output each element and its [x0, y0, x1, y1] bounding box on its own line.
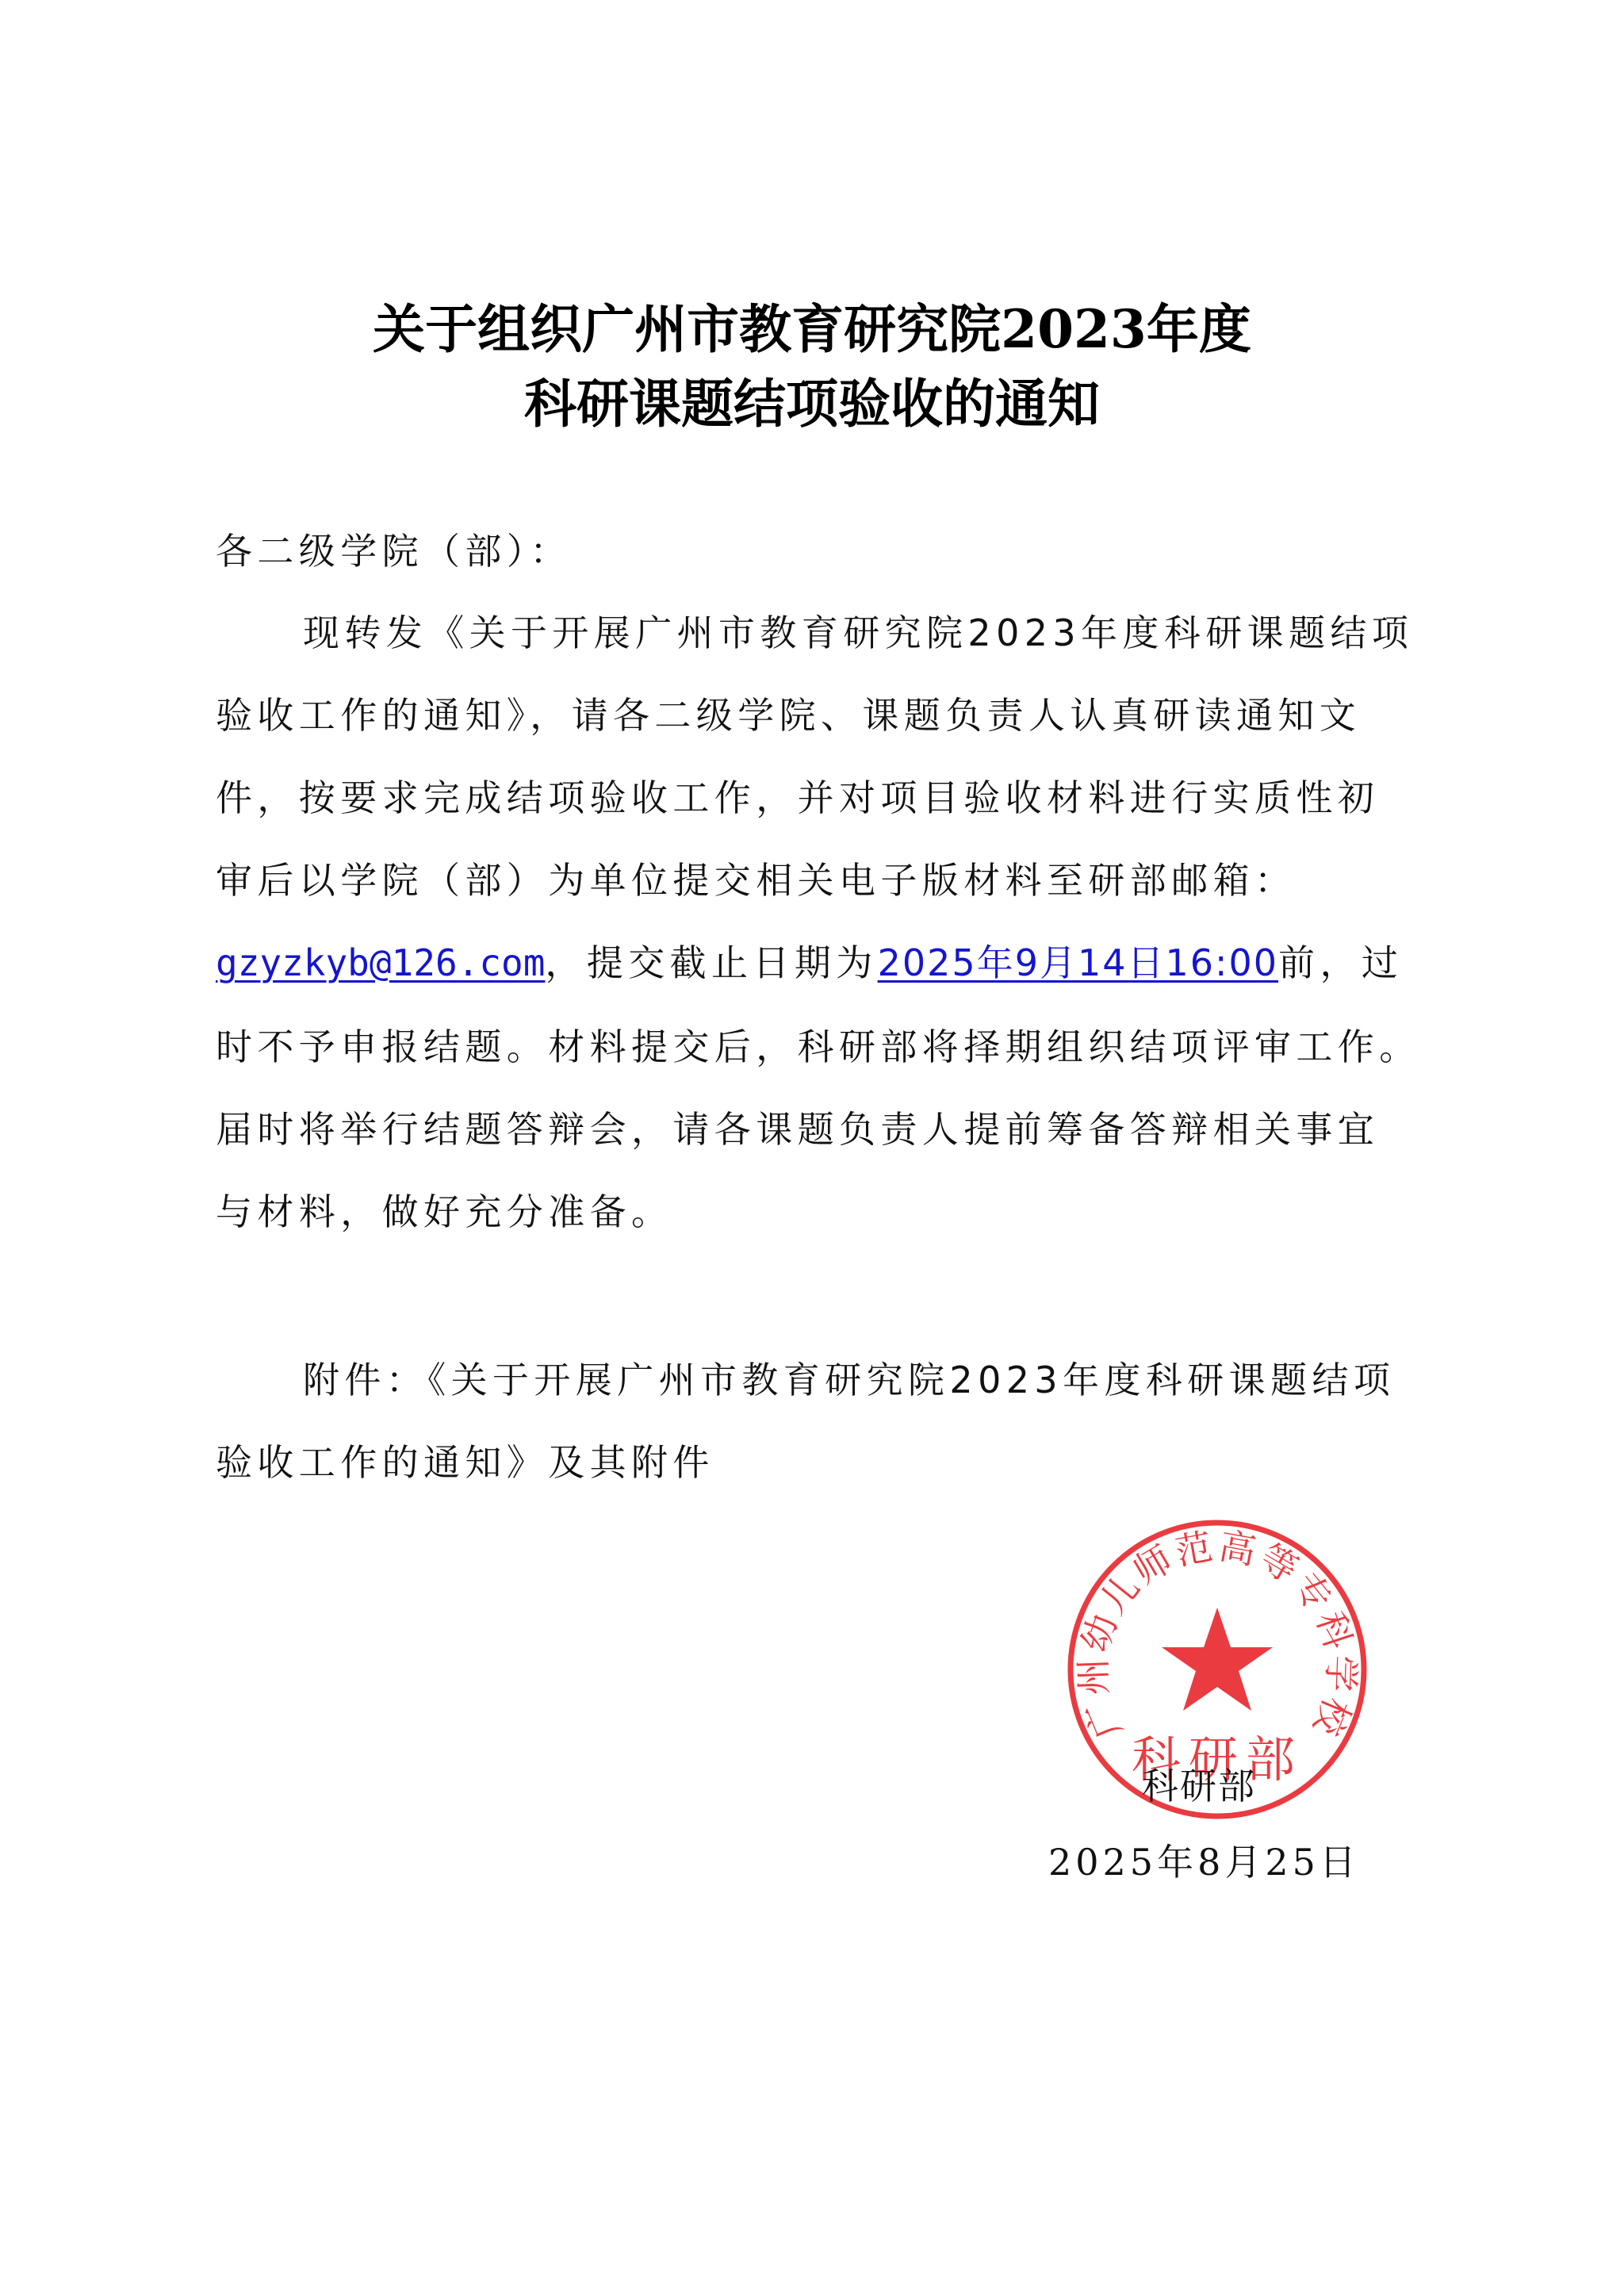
attachment-line-2: 验收工作的通知》及其附件 [216, 1439, 1437, 1486]
body-line-3: 件，按要求完成结项验收工作，并对项目验收材料进行实质性初 [216, 774, 1437, 822]
document-page: 关于组织广州市教育研究院2023年度 科研课题结项验收的通知 各二级学院（部）：… [0, 0, 1624, 2296]
email-link[interactable]: gzyzkyb@126.com [216, 941, 545, 984]
issue-date: 2025年8月25日 [1048, 1838, 1360, 1886]
salutation: 各二级学院（部）： [216, 527, 1437, 575]
body-line-2: 验收工作的通知》，请各二级学院、课题负责人认真研读通知文 [216, 692, 1437, 739]
email-suffix-text: ，提交截止日期为 [545, 941, 877, 984]
star-icon [1162, 1608, 1273, 1711]
body-line-4: 审后以学院（部）为单位提交相关电子版材料至研部邮箱： [216, 857, 1437, 904]
attachment-line-1: 附件：《关于开展广州市教育研究院2023年度科研课题结项 [303, 1356, 1524, 1404]
document-title-line-1: 关于组织广州市教育研究院2023年度 [0, 292, 1624, 366]
issuer-signature: 科研部 [1142, 1762, 1256, 1810]
document-title-line-2: 科研课题结项验收的通知 [0, 366, 1624, 441]
body-line-1: 现转发《关于开展广州市教育研究院2023年度科研课题结项 [303, 609, 1524, 657]
body-line-8: 与材料，做好充分准备。 [216, 1188, 1437, 1236]
deadline-suffix-text: 前，过 [1278, 941, 1403, 984]
deadline-link[interactable]: 2025年9月14日16:00 [878, 941, 1278, 984]
body-line-7: 届时将举行结题答辩会，请各课题负责人提前筹备答辩相关事宜 [216, 1106, 1437, 1153]
body-line-5: gzyzkyb@126.com，提交截止日期为2025年9月14日16:00前，… [216, 939, 1437, 987]
body-line-6: 时不予申报结题。材料提交后，科研部将择期组织结项评审工作。 [216, 1023, 1437, 1071]
